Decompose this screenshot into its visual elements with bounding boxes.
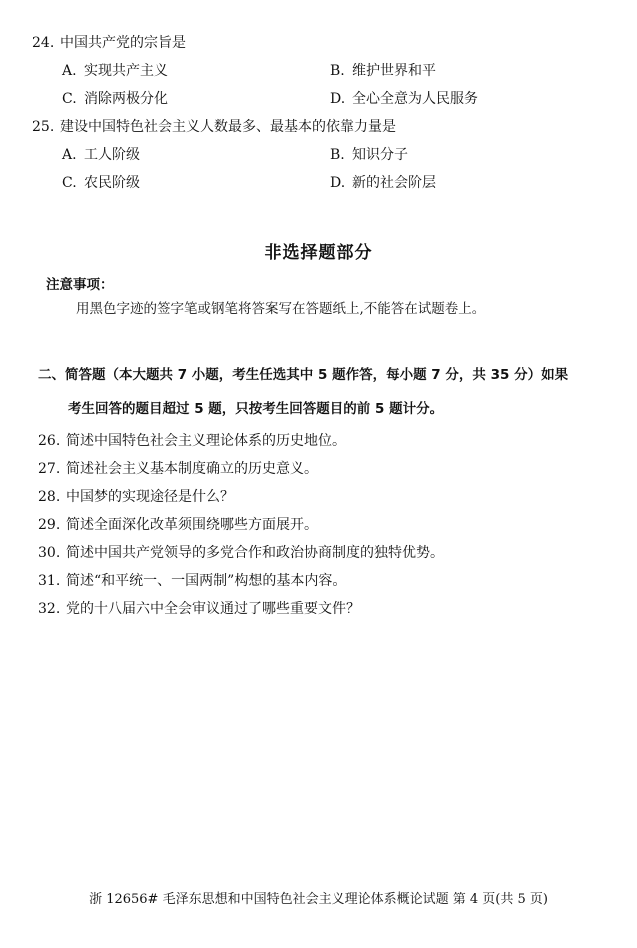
option-25-b: B.知识分子 <box>330 146 408 164</box>
question-text: 简述社会主义基本制度确立的历史意义。 <box>66 461 318 477</box>
question-number: 24. <box>32 34 60 52</box>
option-letter: D. <box>330 174 352 192</box>
option-text: 维护世界和平 <box>352 63 436 79</box>
option-letter: A. <box>62 62 84 80</box>
question-text: 中国共产党的宗旨是 <box>60 35 186 51</box>
question-text: 简述中国特色社会主义理论体系的历史地位。 <box>66 433 346 449</box>
option-text: 消除两极分化 <box>84 91 168 107</box>
question-number: 32. <box>38 600 66 618</box>
question-27: 27.简述社会主义基本制度确立的历史意义。 <box>38 460 318 478</box>
option-letter: C. <box>62 174 84 192</box>
part-two-heading: 二、简答题（本大题共 7 小题，考生任选其中 5 题作答，每小题 7 分，共 3… <box>38 366 568 384</box>
option-letter: B. <box>330 146 352 164</box>
option-25-d: D.新的社会阶层 <box>330 174 436 192</box>
option-24-c: C.消除两极分化 <box>62 90 168 108</box>
question-text: 简述中国共产党领导的多党合作和政治协商制度的独特优势。 <box>66 545 444 561</box>
question-31: 31.简述“和平统一、一国两制”构想的基本内容。 <box>38 572 346 590</box>
question-number: 29. <box>38 516 66 534</box>
question-32: 32.党的十八届六中全会审议通过了哪些重要文件？ <box>38 600 360 618</box>
option-text: 工人阶级 <box>84 147 140 163</box>
option-letter: C. <box>62 90 84 108</box>
page-footer: 浙 12656# 毛泽东思想和中国特色社会主义理论体系概论试题 第 4 页(共 … <box>0 888 637 907</box>
question-24-stem: 24.中国共产党的宗旨是 <box>32 34 186 52</box>
option-24-a: A.实现共产主义 <box>62 62 168 80</box>
option-letter: B. <box>330 62 352 80</box>
option-text: 实现共产主义 <box>84 63 168 79</box>
question-text: 党的十八届六中全会审议通过了哪些重要文件？ <box>66 601 360 617</box>
option-24-d: D.全心全意为人民服务 <box>330 90 478 108</box>
option-letter: A. <box>62 146 84 164</box>
question-text: 简述全面深化改革须围绕哪些方面展开。 <box>66 517 318 533</box>
question-number: 27. <box>38 460 66 478</box>
question-number: 25. <box>32 118 60 136</box>
section-title: 非选择题部分 <box>0 238 637 263</box>
question-number: 26. <box>38 432 66 450</box>
option-text: 知识分子 <box>352 147 408 163</box>
question-number: 31. <box>38 572 66 590</box>
question-25-stem: 25.建设中国特色社会主义人数最多、最基本的依靠力量是 <box>32 118 396 136</box>
option-text: 全心全意为人民服务 <box>352 91 478 107</box>
question-text: 简述“和平统一、一国两制”构想的基本内容。 <box>66 573 346 589</box>
question-number: 30. <box>38 544 66 562</box>
question-29: 29.简述全面深化改革须围绕哪些方面展开。 <box>38 516 318 534</box>
notice-text: 用黑色字迹的签字笔或钢笔将答案写在答题纸上,不能答在试题卷上。 <box>76 300 485 318</box>
question-30: 30.简述中国共产党领导的多党合作和政治协商制度的独特优势。 <box>38 544 444 562</box>
question-text: 中国梦的实现途径是什么？ <box>66 489 234 505</box>
part-two-heading-cont: 考生回答的题目超过 5 题，只按考生回答题目的前 5 题计分。 <box>68 400 443 418</box>
question-number: 28. <box>38 488 66 506</box>
option-text: 农民阶级 <box>84 175 140 191</box>
notice-label: 注意事项： <box>46 276 114 294</box>
option-25-a: A.工人阶级 <box>62 146 140 164</box>
question-26: 26.简述中国特色社会主义理论体系的历史地位。 <box>38 432 346 450</box>
option-25-c: C.农民阶级 <box>62 174 140 192</box>
option-24-b: B.维护世界和平 <box>330 62 436 80</box>
option-text: 新的社会阶层 <box>352 175 436 191</box>
question-text: 建设中国特色社会主义人数最多、最基本的依靠力量是 <box>60 119 396 135</box>
question-28: 28.中国梦的实现途径是什么？ <box>38 488 234 506</box>
option-letter: D. <box>330 90 352 108</box>
